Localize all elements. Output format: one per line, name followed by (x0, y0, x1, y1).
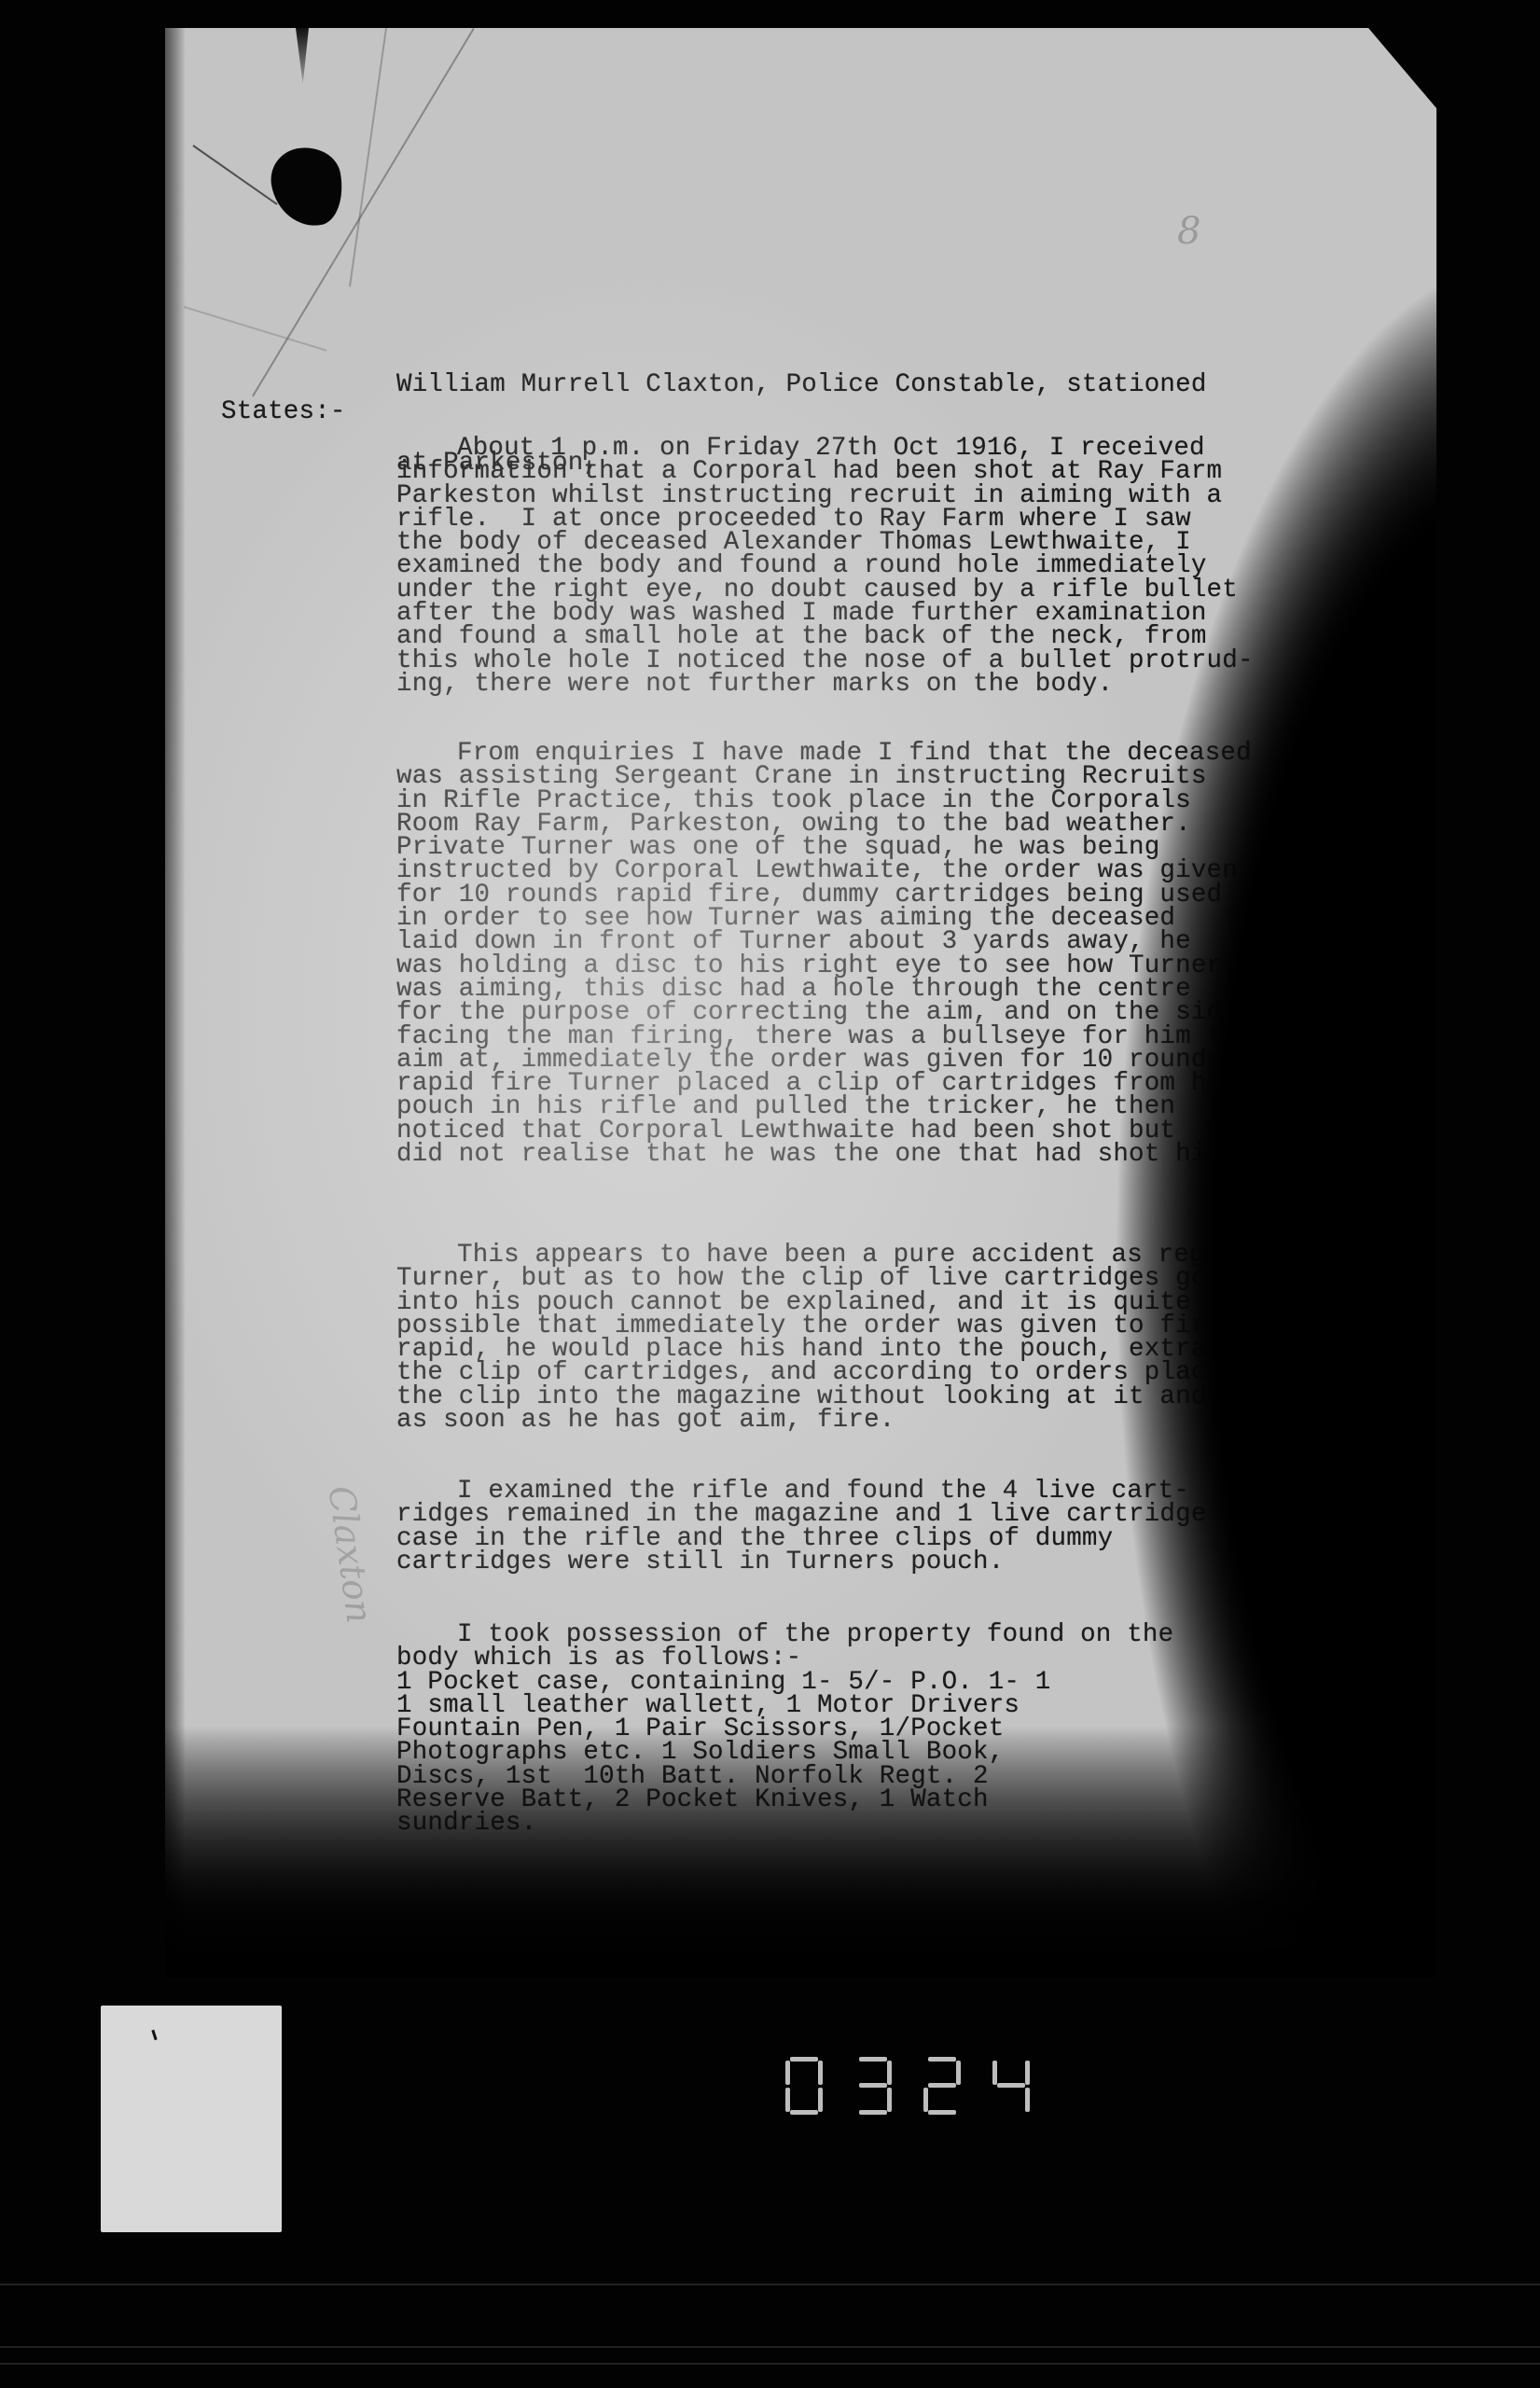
calibration-card (101, 2006, 282, 2232)
text-line: examined the body and found a round hole… (396, 554, 1254, 577)
text-line: was assisting Sergeant Crane in instruct… (396, 765, 1252, 788)
text-line: Photographs etc. 1 Soldiers Small Book, (396, 1741, 1173, 1764)
margin-signature: Claxton (320, 1483, 380, 1626)
text-line: information that a Corporal had been sho… (396, 460, 1254, 483)
frame-digit (992, 2057, 1030, 2115)
text-line: sundries. (396, 1812, 1173, 1835)
card-speck (151, 2030, 157, 2040)
text-line: did not realise that he was the one that… (396, 1143, 1252, 1166)
text-line: ing, there were not further marks on the… (396, 673, 1254, 696)
text-line: the clip of cartridges, and according to… (396, 1361, 1268, 1384)
frame-digit (854, 2057, 892, 2115)
text-line: as soon as he has got aim, fire. (396, 1409, 1268, 1432)
paragraph: About 1 p.m. on Friday 27th Oct 1916, I … (396, 437, 1254, 696)
paragraph: I examined the rifle and found the 4 liv… (396, 1479, 1207, 1574)
paper-crease (349, 28, 387, 287)
text-line: body which is as follows:- (396, 1646, 1173, 1670)
film-scratch (0, 2363, 1540, 2365)
film-scratch (0, 2346, 1540, 2348)
paragraph: This appears to have been a pure acciden… (396, 1243, 1268, 1432)
text-line: pouch in his rifle and pulled the tricke… (396, 1095, 1252, 1118)
paragraph: I took possession of the property found … (396, 1623, 1173, 1836)
frame-number (785, 2057, 1030, 2115)
text-line: cartridges were still in Turners pouch. (396, 1550, 1207, 1574)
heading-line: William Murrell Claxton, Police Constabl… (396, 372, 1207, 398)
text-line: and found a small hole at the back of th… (396, 625, 1254, 648)
frame-digit (785, 2057, 823, 2115)
text-line: instructed by Corporal Lewthwaite, the o… (396, 859, 1252, 882)
text-line: laid down in front of Turner about 3 yar… (396, 930, 1252, 953)
paragraph: From enquiries I have made I find that t… (396, 742, 1252, 1166)
states-label: States:- (221, 400, 346, 423)
text-line: Turner, but as to how the clip of live c… (396, 1267, 1268, 1290)
film-frame: 8 Claxton William Murrell Claxton, Polic… (0, 0, 1540, 2388)
text-line: ridges remained in the magazine and 1 li… (396, 1503, 1207, 1526)
tear-crack (192, 145, 277, 205)
torn-hole (266, 142, 349, 232)
text-line: for the purpose of correcting the aim, a… (396, 1001, 1252, 1024)
page-number-mark: 8 (1177, 210, 1200, 253)
film-scratch (0, 2284, 1540, 2285)
frame-digit (923, 2057, 961, 2115)
tear-notch (296, 28, 309, 84)
paper-crease (184, 306, 327, 352)
